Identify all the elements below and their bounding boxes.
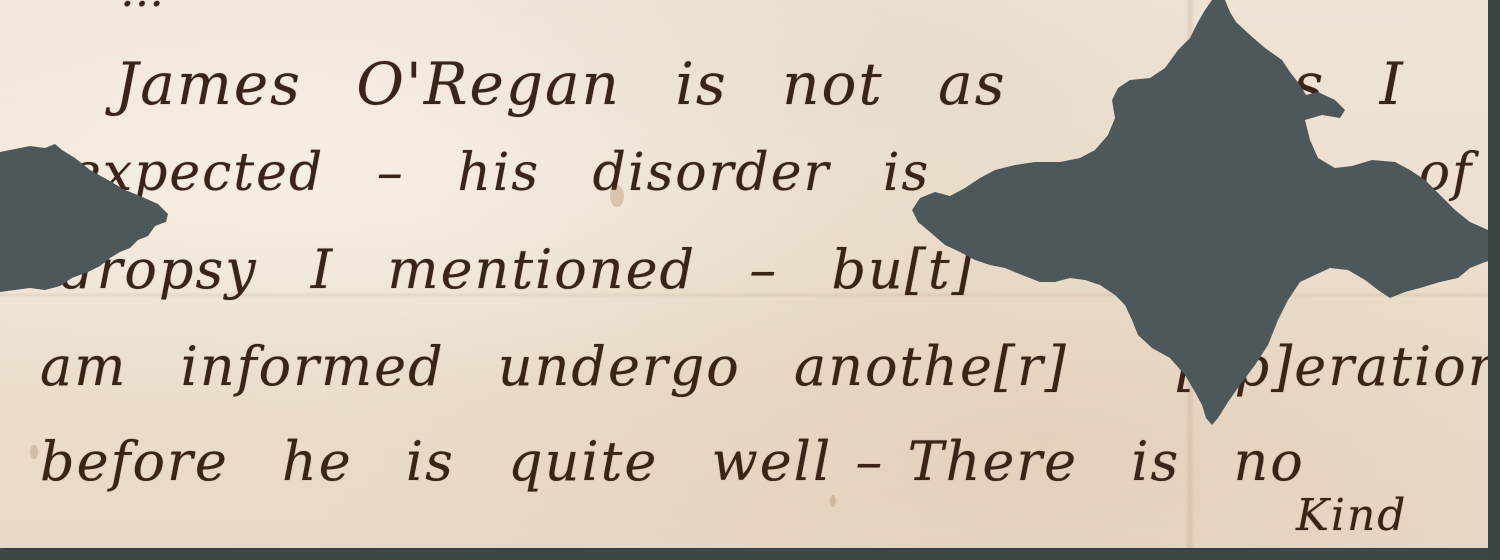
word: disorder bbox=[593, 143, 831, 203]
word: undergo bbox=[498, 335, 741, 398]
word: I bbox=[1380, 50, 1405, 118]
word: he bbox=[282, 430, 353, 493]
word: – bbox=[855, 430, 884, 493]
word: as bbox=[1257, 50, 1325, 118]
photo-stage: … James O'Regan is not as as I expected … bbox=[0, 0, 1500, 560]
word: of bbox=[1419, 143, 1474, 203]
letter-line-0: … bbox=[120, 0, 200, 17]
word: as bbox=[938, 50, 1006, 118]
word: quite bbox=[508, 430, 658, 493]
letter-paper: … James O'Regan is not as as I expected … bbox=[0, 0, 1488, 548]
word: is bbox=[675, 50, 727, 118]
word: is bbox=[406, 430, 455, 493]
ink-stain bbox=[830, 495, 836, 507]
word: am bbox=[40, 335, 127, 398]
word: not bbox=[782, 50, 884, 118]
word: well bbox=[712, 430, 833, 493]
letter-line-1: James O'Regan is not as as I bbox=[115, 50, 1439, 118]
word: Kind bbox=[1296, 490, 1407, 541]
word: is bbox=[1131, 430, 1180, 493]
word: anothe[r] bbox=[794, 335, 1068, 398]
word: no bbox=[1233, 430, 1304, 493]
letter-line-2: expected – his disorder is of bbox=[70, 143, 1500, 203]
word: his bbox=[457, 143, 540, 203]
word: expected bbox=[70, 143, 324, 203]
letter-line-6: Kind bbox=[1296, 490, 1441, 541]
word: mentioned bbox=[387, 238, 696, 301]
word: James bbox=[115, 50, 302, 118]
word: – bbox=[377, 143, 405, 203]
letter-line-5: before he is quite well – There is no bbox=[40, 430, 1339, 493]
word: – bbox=[749, 238, 778, 301]
right-mount-edge bbox=[1488, 0, 1500, 560]
word: … bbox=[120, 0, 166, 17]
bottom-shadow-edge bbox=[0, 548, 1500, 560]
word: dropsy bbox=[60, 238, 258, 301]
ink-stain bbox=[30, 445, 38, 459]
letter-line-4: am informed undergo anothe[r] [op]eratio… bbox=[40, 335, 1500, 398]
word: [op]eration bbox=[1177, 335, 1500, 398]
word: informed bbox=[181, 335, 445, 398]
word: I bbox=[311, 238, 334, 301]
word: before bbox=[40, 430, 229, 493]
word: O'Regan bbox=[356, 50, 621, 118]
word: bu[t] bbox=[831, 238, 974, 301]
word: There bbox=[908, 430, 1079, 493]
letter-line-3: dropsy I mentioned – bu[t] bbox=[60, 238, 1009, 301]
word: is bbox=[883, 143, 930, 203]
